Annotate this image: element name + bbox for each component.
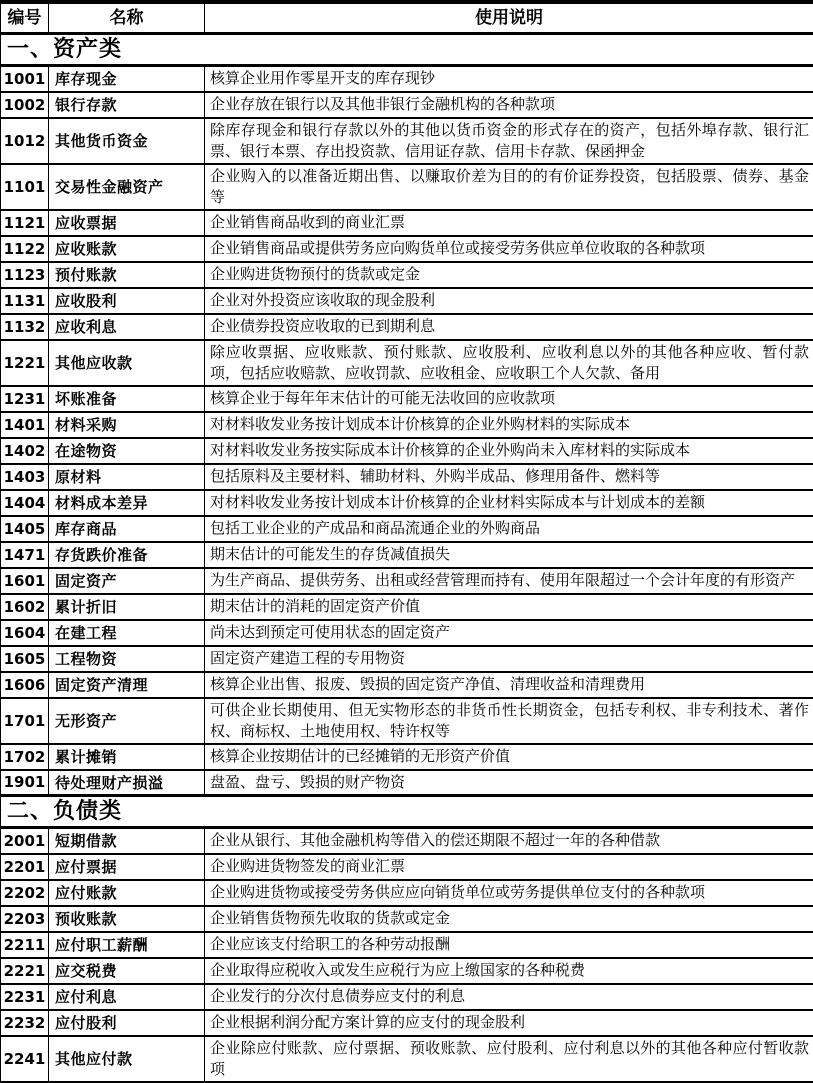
subject-desc: 企业销售商品收到的商业汇票 [205, 210, 813, 236]
subject-desc: 期末估计的可能发生的存货减值损失 [205, 542, 813, 568]
table-row: 1001库存现金核算企业用作零星开支的库存现钞 [1, 66, 813, 92]
subject-desc: 企业存放在银行以及其他非银行金融机构的各种款项 [205, 92, 813, 118]
table-row: 1403原材料包括原料及主要材料、辅助材料、外购半成品、修理用备件、燃料等 [1, 464, 813, 490]
table-row: 1602累计折旧期末估计的消耗的固定资产价值 [1, 594, 813, 620]
table-row: 2203预收账款企业销售货物预先收取的货款或定金 [1, 906, 813, 932]
section-title: 一、资产类 [1, 34, 813, 66]
subject-desc: 企业购进货物或接受劳务供应应向销货单位或劳务提供单位支付的各种款项 [205, 880, 813, 906]
subject-code: 1101 [1, 164, 49, 210]
table-row: 1605工程物资固定资产建造工程的专用物资 [1, 646, 813, 672]
subject-desc: 企业根据利润分配方案计算的应支付的现金股利 [205, 1010, 813, 1036]
subject-name: 待处理财产损溢 [49, 770, 205, 796]
subject-name: 材料成本差异 [49, 490, 205, 516]
table-row: 1604在建工程尚未达到预定可使用状态的固定资产 [1, 620, 813, 646]
table-row: 2211应付职工薪酬企业应该支付给职工的各种劳动报酬 [1, 932, 813, 958]
subject-name: 应收股利 [49, 288, 205, 314]
subject-code: 1701 [1, 698, 49, 744]
subject-name: 应付利息 [49, 984, 205, 1010]
subject-desc: 企业从银行、其他金融机构等借入的偿还期限不超过一年的各种借款 [205, 828, 813, 854]
table-row: 2231应付利息企业发行的分次付息债券应支付的利息 [1, 984, 813, 1010]
subject-code: 1604 [1, 620, 49, 646]
subject-code: 1001 [1, 66, 49, 92]
subject-code: 2241 [1, 1036, 49, 1082]
subject-code: 1131 [1, 288, 49, 314]
subject-name: 应付股利 [49, 1010, 205, 1036]
subject-code: 1402 [1, 438, 49, 464]
subject-desc: 企业销售商品或提供劳务应向购货单位或接受劳务供应单位收取的各种款项 [205, 236, 813, 262]
header-code: 编号 [1, 2, 49, 34]
subject-desc: 企业应该支付给职工的各种劳动报酬 [205, 932, 813, 958]
table-row: 1404材料成本差异对材料收发业务按计划成本计价核算的企业材料实际成本与计划成本… [1, 490, 813, 516]
subject-code: 1901 [1, 770, 49, 796]
table-row: 1402在途物资对材料收发业务按实际成本计价核算的企业外购尚未入库材料的实际成本 [1, 438, 813, 464]
subject-name: 应收账款 [49, 236, 205, 262]
subject-code: 1121 [1, 210, 49, 236]
table-body: 一、资产类1001库存现金核算企业用作零星开支的库存现钞1002银行存款企业存放… [1, 34, 813, 1082]
subject-name: 应付票据 [49, 854, 205, 880]
subject-name: 库存商品 [49, 516, 205, 542]
table-row: 1221其他应收款除应收票据、应收账款、预付账款、应收股利、应收利息以外的其他各… [1, 340, 813, 386]
subject-name: 其他货币资金 [49, 118, 205, 164]
subject-desc: 核算企业于每年年末估计的可能无法收回的应收款项 [205, 386, 813, 412]
subject-desc: 对材料收发业务按计划成本计价核算的企业材料实际成本与计划成本的差额 [205, 490, 813, 516]
subject-name: 预收账款 [49, 906, 205, 932]
subject-desc: 企业对外投资应该收取的现金股利 [205, 288, 813, 314]
table-row: 1122应收账款企业销售商品或提供劳务应向购货单位或接受劳务供应单位收取的各种款… [1, 236, 813, 262]
subject-name: 其他应付款 [49, 1036, 205, 1082]
subject-code: 1002 [1, 92, 49, 118]
section-title: 二、负债类 [1, 796, 813, 828]
table-row: 1702累计摊销核算企业按期估计的已经摊销的无形资产价值 [1, 744, 813, 770]
subject-name: 应付职工薪酬 [49, 932, 205, 958]
subject-name: 银行存款 [49, 92, 205, 118]
header-usage: 使用说明 [205, 2, 813, 34]
subject-code: 1132 [1, 314, 49, 340]
subject-name: 固定资产清理 [49, 672, 205, 698]
subject-name: 累计折旧 [49, 594, 205, 620]
subject-code: 1123 [1, 262, 49, 288]
subject-name: 预付账款 [49, 262, 205, 288]
subject-name: 固定资产 [49, 568, 205, 594]
subject-name: 坏账准备 [49, 386, 205, 412]
subject-code: 2203 [1, 906, 49, 932]
table-row: 2201应付票据企业购进货物签发的商业汇票 [1, 854, 813, 880]
subject-name: 短期借款 [49, 828, 205, 854]
subject-name: 在建工程 [49, 620, 205, 646]
table-row: 1405库存商品包括工业企业的产成品和商品流通企业的外购商品 [1, 516, 813, 542]
table-row: 1101交易性金融资产企业购入的以准备近期出售、以赚取价差为目的的有价证券投资，… [1, 164, 813, 210]
table-row: 1901待处理财产损溢盘盈、盘亏、毁损的财产物资 [1, 770, 813, 796]
subject-desc: 可供企业长期使用、但无实物形态的非货币性长期资金，包括专利权、非专利技术、著作权… [205, 698, 813, 744]
subject-name: 应付账款 [49, 880, 205, 906]
subject-code: 2232 [1, 1010, 49, 1036]
subject-code: 2211 [1, 932, 49, 958]
subject-name: 应收票据 [49, 210, 205, 236]
table-row: 2241其他应付款企业除应付账款、应付票据、预收账款、应付股利、应付利息以外的其… [1, 1036, 813, 1082]
subject-name: 交易性金融资产 [49, 164, 205, 210]
table-row: 1123预付账款企业购进货物预付的货款或定金 [1, 262, 813, 288]
subject-desc: 核算企业出售、报废、毁损的固定资产净值、清理收益和清理费用 [205, 672, 813, 698]
subject-desc: 固定资产建造工程的专用物资 [205, 646, 813, 672]
subject-code: 1122 [1, 236, 49, 262]
subject-code: 1405 [1, 516, 49, 542]
section-header-row: 二、负债类 [1, 796, 813, 828]
accounting-subjects-table: 编号 名称 使用说明 一、资产类1001库存现金核算企业用作零星开支的库存现钞1… [0, 0, 813, 1083]
table-row: 1131应收股利企业对外投资应该收取的现金股利 [1, 288, 813, 314]
subject-code: 1231 [1, 386, 49, 412]
subject-name: 应交税费 [49, 958, 205, 984]
subject-desc: 对材料收发业务按实际成本计价核算的企业外购尚未入库材料的实际成本 [205, 438, 813, 464]
section-header-row: 一、资产类 [1, 34, 813, 66]
subject-code: 2001 [1, 828, 49, 854]
subject-desc: 除库存现金和银行存款以外的其他以货币资金的形式存在的资产，包括外埠存款、银行汇票… [205, 118, 813, 164]
subject-code: 2221 [1, 958, 49, 984]
subject-desc: 企业购入的以准备近期出售、以赚取价差为目的的有价证券投资，包括股票、债券、基金等 [205, 164, 813, 210]
subject-name: 在途物资 [49, 438, 205, 464]
table-row: 1606固定资产清理核算企业出售、报废、毁损的固定资产净值、清理收益和清理费用 [1, 672, 813, 698]
subject-desc: 企业销售货物预先收取的货款或定金 [205, 906, 813, 932]
table-row: 2001短期借款企业从银行、其他金融机构等借入的偿还期限不超过一年的各种借款 [1, 828, 813, 854]
subject-desc: 盘盈、盘亏、毁损的财产物资 [205, 770, 813, 796]
table-row: 1132应收利息企业债券投资应收取的已到期利息 [1, 314, 813, 340]
subject-code: 1602 [1, 594, 49, 620]
subject-name: 累计摊销 [49, 744, 205, 770]
subject-desc: 包括原料及主要材料、辅助材料、外购半成品、修理用备件、燃料等 [205, 464, 813, 490]
subject-name: 库存现金 [49, 66, 205, 92]
document-page: 编号 名称 使用说明 一、资产类1001库存现金核算企业用作零星开支的库存现钞1… [0, 0, 813, 1083]
subject-code: 1702 [1, 744, 49, 770]
subject-code: 1221 [1, 340, 49, 386]
table-row: 2221应交税费企业取得应税收入或发生应税行为应上缴国家的各种税费 [1, 958, 813, 984]
subject-name: 材料采购 [49, 412, 205, 438]
subject-code: 2202 [1, 880, 49, 906]
table-row: 1601固定资产为生产商品、提供劳务、出租或经营管理而持有、使用年限超过一个会计… [1, 568, 813, 594]
subject-desc: 为生产商品、提供劳务、出租或经营管理而持有、使用年限超过一个会计年度的有形资产 [205, 568, 813, 594]
subject-name: 原材料 [49, 464, 205, 490]
subject-code: 1401 [1, 412, 49, 438]
header-row: 编号 名称 使用说明 [1, 2, 813, 34]
table-row: 1231坏账准备核算企业于每年年末估计的可能无法收回的应收款项 [1, 386, 813, 412]
table-row: 1002银行存款企业存放在银行以及其他非银行金融机构的各种款项 [1, 92, 813, 118]
table-row: 2202应付账款企业购进货物或接受劳务供应应向销货单位或劳务提供单位支付的各种款… [1, 880, 813, 906]
table-row: 1401材料采购对材料收发业务按计划成本计价核算的企业外购材料的实际成本 [1, 412, 813, 438]
subject-desc: 企业发行的分次付息债券应支付的利息 [205, 984, 813, 1010]
subject-code: 1601 [1, 568, 49, 594]
subject-name: 工程物资 [49, 646, 205, 672]
subject-code: 1471 [1, 542, 49, 568]
subject-desc: 除应收票据、应收账款、预付账款、应收股利、应收利息以外的其他各种应收、暂付款项，… [205, 340, 813, 386]
subject-desc: 期末估计的消耗的固定资产价值 [205, 594, 813, 620]
subject-desc: 企业购进货物签发的商业汇票 [205, 854, 813, 880]
subject-code: 1403 [1, 464, 49, 490]
subject-name: 存货跌价准备 [49, 542, 205, 568]
table-header: 编号 名称 使用说明 [1, 2, 813, 34]
subject-desc: 企业除应付账款、应付票据、预收账款、应付股利、应付利息以外的其他各种应付暂收款项 [205, 1036, 813, 1082]
subject-code: 2201 [1, 854, 49, 880]
table-row: 2232应付股利企业根据利润分配方案计算的应支付的现金股利 [1, 1010, 813, 1036]
table-row: 1012其他货币资金除库存现金和银行存款以外的其他以货币资金的形式存在的资产，包… [1, 118, 813, 164]
subject-code: 1404 [1, 490, 49, 516]
table-row: 1121应收票据企业销售商品收到的商业汇票 [1, 210, 813, 236]
subject-desc: 包括工业企业的产成品和商品流通企业的外购商品 [205, 516, 813, 542]
subject-code: 1606 [1, 672, 49, 698]
table-row: 1471存货跌价准备期末估计的可能发生的存货减值损失 [1, 542, 813, 568]
subject-desc: 对材料收发业务按计划成本计价核算的企业外购材料的实际成本 [205, 412, 813, 438]
subject-desc: 核算企业用作零星开支的库存现钞 [205, 66, 813, 92]
subject-desc: 企业债券投资应收取的已到期利息 [205, 314, 813, 340]
subject-desc: 核算企业按期估计的已经摊销的无形资产价值 [205, 744, 813, 770]
subject-code: 2231 [1, 984, 49, 1010]
table-row: 1701无形资产可供企业长期使用、但无实物形态的非货币性长期资金，包括专利权、非… [1, 698, 813, 744]
subject-name: 无形资产 [49, 698, 205, 744]
subject-name: 应收利息 [49, 314, 205, 340]
header-name: 名称 [49, 2, 205, 34]
subject-code: 1012 [1, 118, 49, 164]
subject-desc: 企业取得应税收入或发生应税行为应上缴国家的各种税费 [205, 958, 813, 984]
subject-desc: 企业购进货物预付的货款或定金 [205, 262, 813, 288]
subject-code: 1605 [1, 646, 49, 672]
subject-desc: 尚未达到预定可使用状态的固定资产 [205, 620, 813, 646]
subject-name: 其他应收款 [49, 340, 205, 386]
